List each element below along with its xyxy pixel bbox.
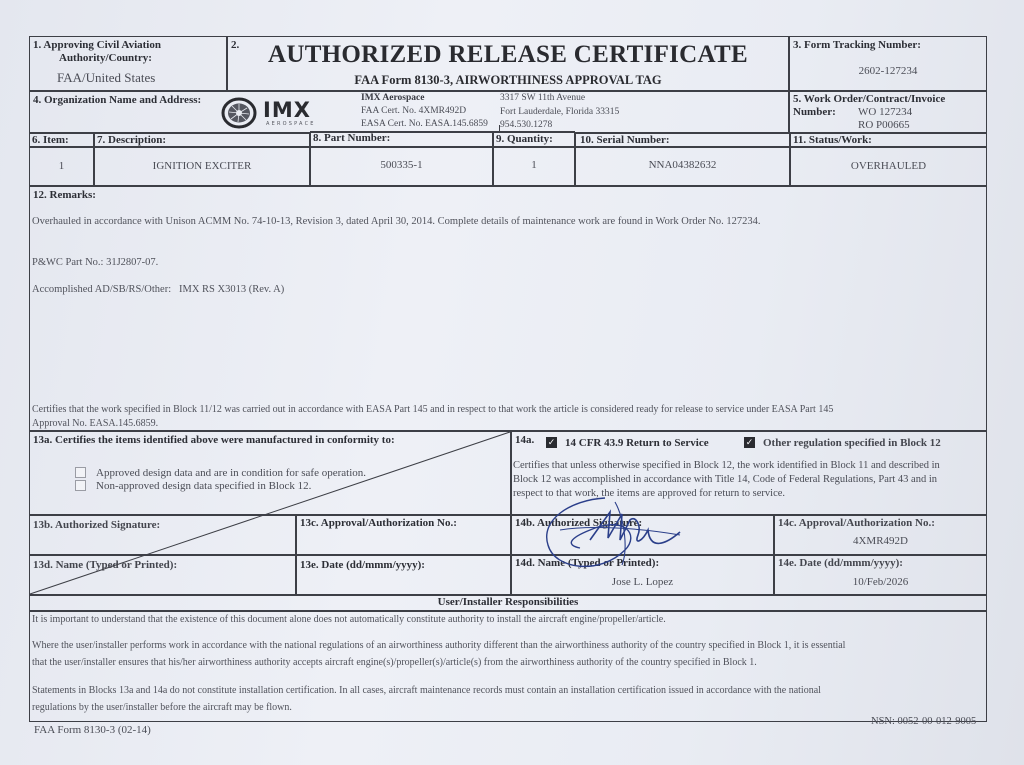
block-14a-label: 14a. [515, 434, 534, 446]
easa-certification-line-2: Approval No. EASA.145.6859. [32, 418, 158, 429]
block-3-label: 3. Form Tracking Number: [793, 39, 921, 51]
authority-value: FAA/United States [57, 70, 155, 86]
faa-cert: FAA Cert. No. 4XMR492D [361, 105, 466, 118]
logo-tagline: AEROSPACE [266, 121, 316, 127]
address-line-2: Fort Lauderdale, Florida 33315 [500, 106, 619, 119]
responsibilities-heading-row: User/Installer Responsibilities [29, 595, 987, 611]
block-12-remarks: 12. Remarks: Overhauled in accordance wi… [29, 186, 987, 431]
imx-logo: IMX AEROSPACE [221, 96, 351, 130]
easa-certification-line-1: Certifies that the work specified in Blo… [32, 404, 833, 415]
block-13d-name: 13d. Name (Typed or Printed): [29, 555, 296, 595]
responsibility-p1: It is important to understand that the e… [32, 614, 666, 625]
responsibility-p2-line2: that the user/installer ensures that his… [32, 657, 757, 668]
remark-line-3: Accomplished AD/SB/RS/Other: IMX RS X301… [32, 284, 284, 295]
document-subtitle: FAA Form 8130-3, AIRWORTHINESS APPROVAL … [228, 73, 788, 88]
status-cell: OVERHAULED [790, 147, 987, 186]
block-5-work-order: 5. Work Order/Contract/Invoice Number: W… [789, 91, 987, 133]
item-cell: 1 [29, 147, 94, 186]
serial-number-cell: NNA04382632 [575, 147, 790, 186]
easa-cert: EASA Cert. No. EASA.145.6859 [361, 118, 488, 131]
turbine-fan-icon [221, 96, 257, 130]
header-part-number: 8. Part Number: [310, 131, 493, 147]
other-regulation-checkbox[interactable]: ✓ [744, 437, 755, 448]
cfr-43-9-option[interactable]: ✓ 14 CFR 43.9 Return to Service [546, 433, 709, 451]
cfr-43-9-label: 14 CFR 43.9 Return to Service [565, 437, 709, 449]
block-13a-conformity: 13a. Certifies the items identified abov… [29, 431, 511, 515]
part-number-cell: 500335-1 [310, 147, 493, 186]
header-quantity: 9. Quantity: [493, 131, 575, 147]
block-3-tracking: 3. Form Tracking Number: 2602-127234 [789, 36, 987, 91]
responsibilities-body: It is important to understand that the e… [29, 611, 987, 722]
other-regulation-option[interactable]: ✓ Other regulation specified in Block 12 [744, 433, 941, 451]
block-4-label: 4. Organization Name and Address: [33, 94, 201, 106]
cfr-43-9-checkbox[interactable]: ✓ [546, 437, 557, 448]
approval-number-value: 4XMR492D [775, 535, 986, 547]
signature-date: 10/Feb/2026 [775, 576, 986, 588]
block-14a-text-2: Block 12 was accomplished in accordance … [513, 474, 937, 485]
responsibility-p3-line2: regulations by the user/installer before… [32, 702, 292, 713]
non-approved-design-label: Non-approved design data specified in Bl… [96, 480, 311, 492]
non-approved-design-checkbox[interactable] [75, 480, 86, 491]
block-1-authority: 1. Approving Civil Aviation Authority/Co… [29, 36, 227, 91]
responsibilities-heading: User/Installer Responsibilities [30, 596, 986, 608]
description-cell: IGNITION EXCITER [94, 147, 310, 186]
header-description: 7. Description: [94, 133, 310, 147]
block-5-label: 5. Work Order/Contract/Invoice [793, 93, 945, 105]
block-13a-label: 13a. Certifies the items identified abov… [33, 434, 395, 446]
repair-order-number: RO P00665 [858, 119, 910, 131]
header-status-work: 11. Status/Work: [790, 133, 987, 147]
responsibility-p3-line1: Statements in Blocks 13a and 14a do not … [32, 685, 821, 696]
block-13b-signature: 13b. Authorized Signature: [29, 515, 296, 555]
tracking-number: 2602-127234 [790, 65, 986, 77]
org-name: IMX Aerospace [361, 93, 424, 103]
block-1-label: 1. Approving Civil Aviation [33, 39, 161, 51]
block-14e-date: 14e. Date (dd/mmm/yyyy): 10/Feb/2026 [774, 555, 987, 595]
block-12-label: 12. Remarks: [33, 189, 96, 201]
block-14a-text-1: Certifies that unless otherwise specifie… [513, 460, 940, 471]
form-number: FAA Form 8130-3 (02-14) [34, 724, 151, 736]
block-4-organization: 4. Organization Name and Address: IMX AE… [29, 91, 789, 133]
quantity-cell: 1 [493, 147, 575, 186]
block-1-label-2: Authority/Country: [59, 52, 152, 64]
header-item: 6. Item: [29, 133, 94, 147]
logo-wordmark: IMX [263, 98, 311, 122]
block-13c-approval-number: 13c. Approval/Authorization No.: [296, 515, 511, 555]
responsibility-p2-line1: Where the user/installer performs work i… [32, 640, 845, 651]
work-order-number: WO 127234 [858, 106, 912, 118]
remark-line-2: P&WC Part No.: 31J2807-07. [32, 257, 158, 268]
block-13e-date: 13e. Date (dd/mmm/yyyy): [296, 555, 511, 595]
header-serial-number: 10. Serial Number: [575, 133, 790, 147]
address-line-1: 3317 SW 11th Avenue [500, 92, 585, 105]
authorized-release-certificate: 1. Approving Civil Aviation Authority/Co… [0, 0, 1024, 765]
block-2-title: 2. AUTHORIZED RELEASE CERTIFICATE FAA Fo… [227, 36, 789, 91]
handwritten-signature [530, 490, 730, 580]
non-approved-design-option[interactable]: Non-approved design data specified in Bl… [75, 476, 311, 494]
block-5-label-2: Number: [793, 106, 836, 118]
other-regulation-label: Other regulation specified in Block 12 [763, 437, 941, 449]
block-14c-approval-number: 14c. Approval/Authorization No.: 4XMR492… [774, 515, 987, 555]
document-title: AUTHORIZED RELEASE CERTIFICATE [228, 41, 788, 69]
remark-line-1: Overhauled in accordance with Unison ACM… [32, 216, 761, 227]
nsn-number: NSN: 0052-00-012-9005 [871, 716, 976, 727]
